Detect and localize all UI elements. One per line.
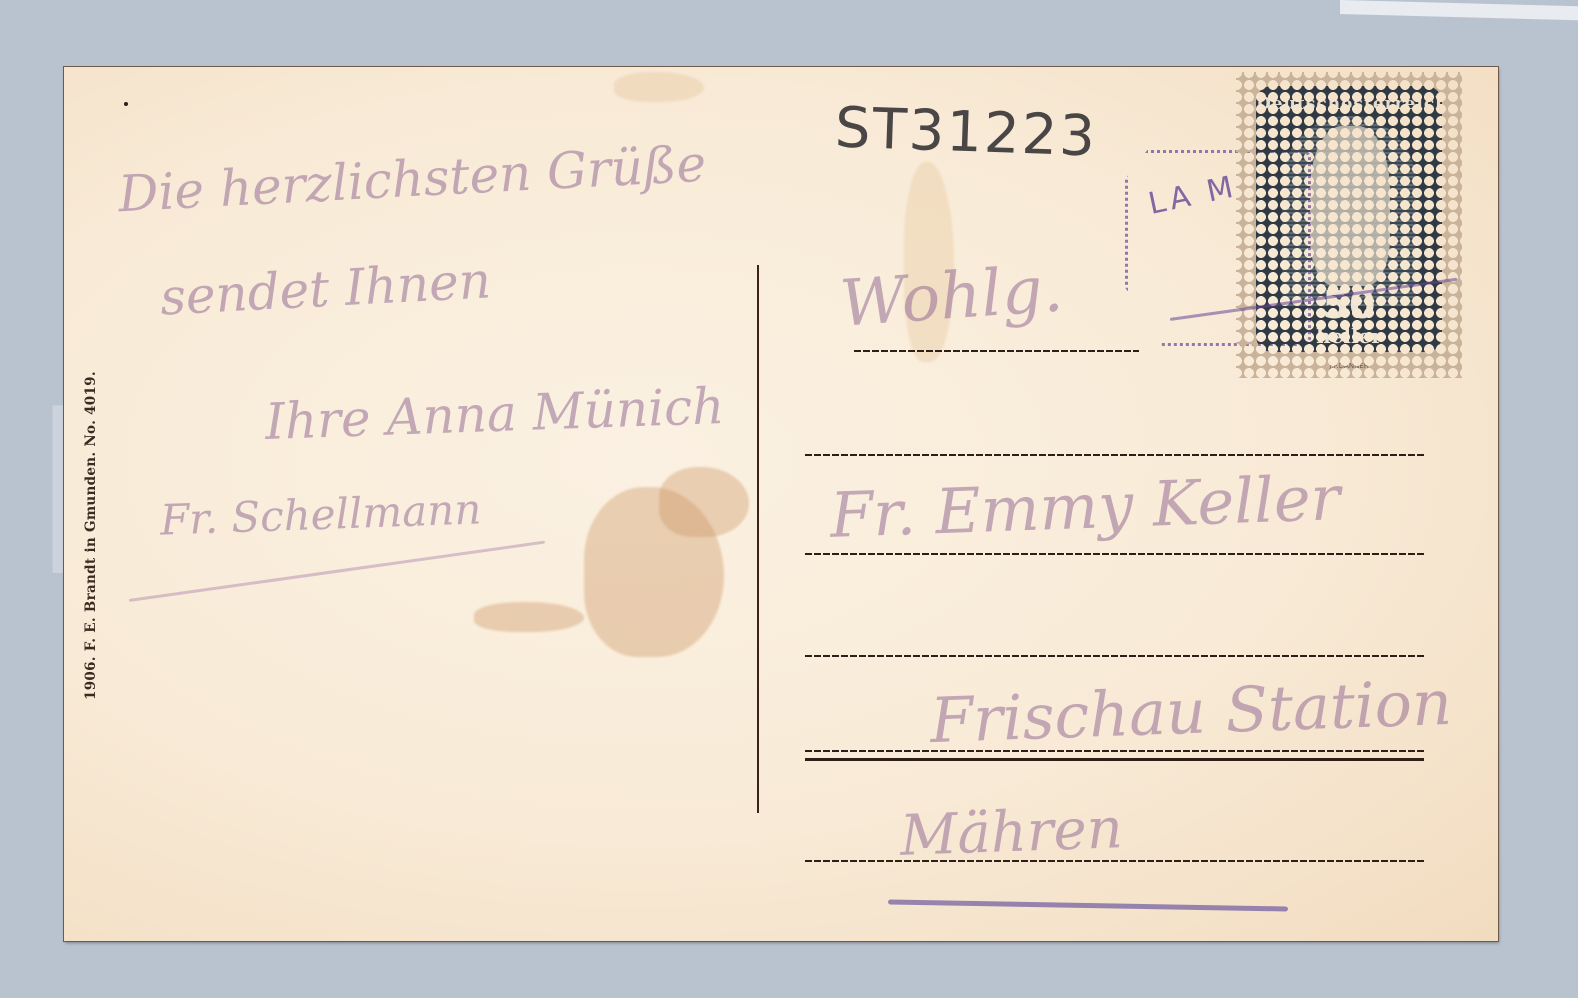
address-line-3 [805, 553, 1424, 555]
water-stain [659, 467, 749, 537]
center-divider [757, 265, 759, 813]
reference-label: ST31223 [834, 95, 1098, 169]
postage-stamp: Deutschösterreich 50 heller J.F.DANNER [1236, 72, 1462, 378]
stamp-unit: heller [1256, 324, 1442, 348]
stamp-design: Deutschösterreich 50 heller [1256, 86, 1442, 352]
publisher-imprint: 1906. F. E. Brandt in Gmunden. No. 4019. [83, 371, 99, 700]
ink-dot [124, 102, 128, 106]
address-line-2 [805, 454, 1424, 456]
address-line-salutation: Wohlg. [838, 252, 1066, 341]
address-line-4 [805, 655, 1424, 657]
water-stain [614, 72, 704, 102]
kneeling-figure-icon [1310, 126, 1390, 286]
pencil-stroke [129, 541, 545, 602]
stamp-designer: J.F.DANNER [1236, 362, 1462, 370]
background-strip [1340, 0, 1578, 20]
address-line-1 [854, 350, 1139, 352]
address-line-5b [805, 758, 1424, 761]
stamp-country: Deutschösterreich [1256, 94, 1442, 114]
water-stain [474, 602, 584, 632]
address-line-region: Mähren [899, 796, 1124, 869]
pencil-stroke [888, 900, 1288, 912]
